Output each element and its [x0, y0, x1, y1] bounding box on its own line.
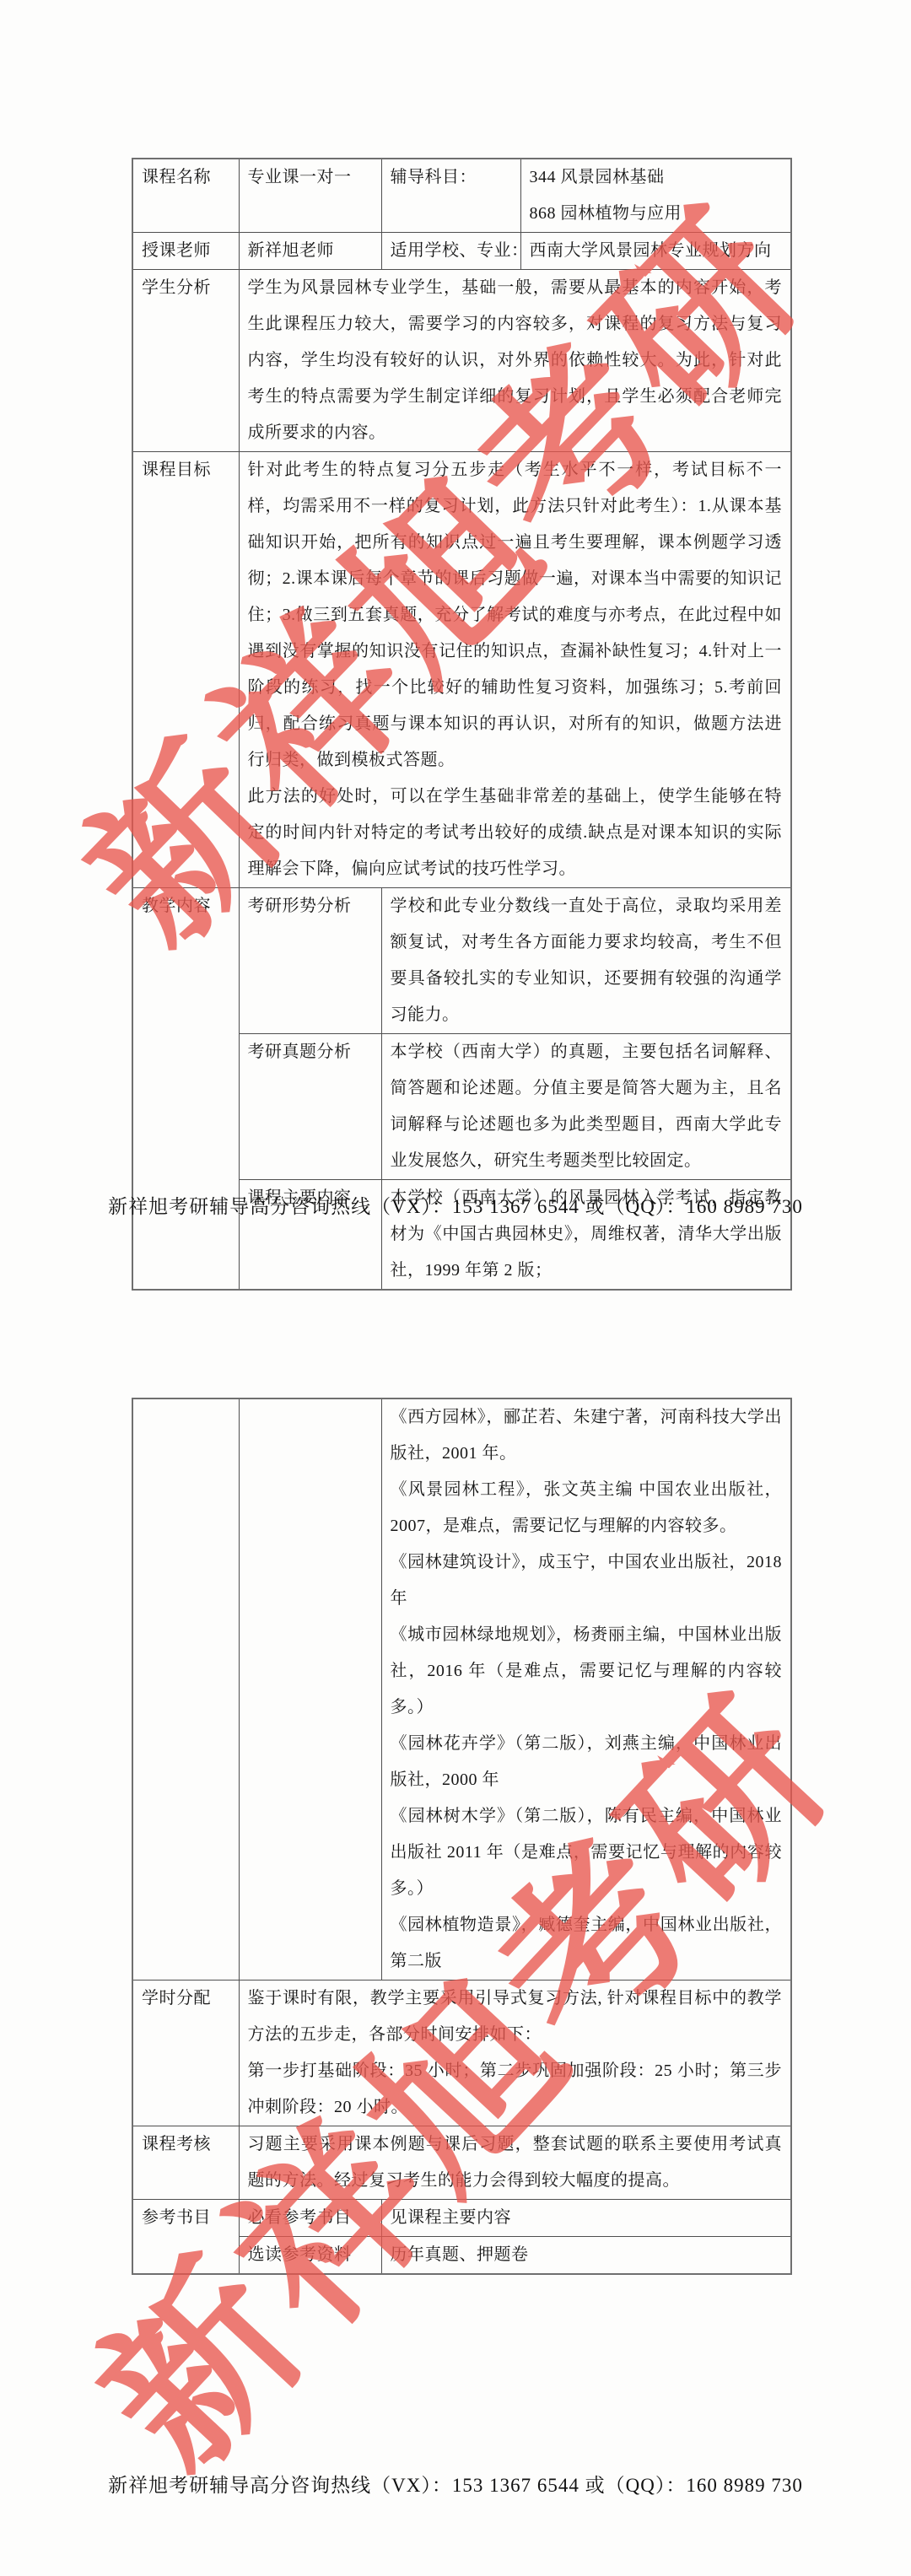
row-reference-must: 参考书目 必看参考书目 见课程主要内容 [132, 2200, 791, 2237]
teacher-label: 授课老师 [132, 233, 239, 270]
row-course-name: 课程名称 专业课一对一 辅导科目： 344 风景园林基础 868 园林植物与应用 [132, 159, 791, 233]
empty-cell [132, 1398, 239, 1981]
hours-allocation-label: 学时分配 [132, 1981, 239, 2126]
must-read-value: 见课程主要内容 [381, 2200, 791, 2237]
hours-allocation-text: 鉴于课时有限，教学主要采用引导式复习方法, 针对课程目标中的教学方法的五步走，各… [239, 1981, 791, 2126]
teacher-value: 新祥旭老师 [239, 233, 381, 270]
subject-value: 344 风景园林基础 868 园林植物与应用 [520, 159, 791, 233]
optional-read-value: 历年真题、押题卷 [381, 2237, 791, 2275]
subject-label: 辅导科目： [381, 159, 520, 233]
reference-list-label: 参考书目 [132, 2200, 239, 2275]
exam-situation-label: 考研形势分析 [239, 888, 381, 1034]
course-assessment-label: 课程考核 [132, 2126, 239, 2200]
course-name-label: 课程名称 [132, 159, 239, 233]
must-read-label: 必看参考书目 [239, 2200, 381, 2237]
course-plan-table-page1: 课程名称 专业课一对一 辅导科目： 344 风景园林基础 868 园林植物与应用… [132, 158, 792, 1291]
past-papers-text: 本学校（西南大学）的真题，主要包括名词解释、简答题和论述题。分值主要是简答大题为… [381, 1034, 791, 1180]
student-analysis-label: 学生分析 [132, 270, 239, 452]
teaching-content-label: 教学内容 [132, 888, 239, 1291]
consult-hotline-footer-page1: 新祥旭考研辅导高分咨询热线（VX）：153 1367 6544 或（QQ）：16… [0, 1191, 911, 1219]
exam-situation-text: 学校和此专业分数线一直处于高位，录取均采用差额复试，对考生各方面能力要求均较高，… [381, 888, 791, 1034]
optional-read-label: 选读参考资料 [239, 2237, 381, 2275]
school-value: 西南大学风景园林专业规划方向 [520, 233, 791, 270]
student-analysis-text: 学生为风景园林专业学生，基础一般，需要从最基本的内容开始，考生此课程压力较大，需… [239, 270, 791, 452]
course-plan-table-page2: 《西方园林》，郦芷若、朱建宁著，河南科技大学出版社，2001 年。 《风景园林工… [132, 1398, 792, 2275]
past-papers-label: 考研真题分析 [239, 1034, 381, 1180]
row-reference-books-continued: 《西方园林》，郦芷若、朱建宁著，河南科技大学出版社，2001 年。 《风景园林工… [132, 1398, 791, 1981]
reference-books-text: 《西方园林》，郦芷若、朱建宁著，河南科技大学出版社，2001 年。 《风景园林工… [381, 1398, 791, 1981]
course-goal-text: 针对此考生的特点复习分五步走（考生水平不一样，考试目标不一样，均需采用不一样的复… [239, 452, 791, 888]
course-name-value: 专业课一对一 [239, 159, 381, 233]
row-course-assessment: 课程考核 习题主要采用课本例题与课后习题，整套试题的联系主要使用考试真题的方法。… [132, 2126, 791, 2200]
row-hours-allocation: 学时分配 鉴于课时有限，教学主要采用引导式复习方法, 针对课程目标中的教学方法的… [132, 1981, 791, 2126]
row-teacher: 授课老师 新祥旭老师 适用学校、专业： 西南大学风景园林专业规划方向 [132, 233, 791, 270]
row-student-analysis: 学生分析 学生为风景园林专业学生，基础一般，需要从最基本的内容开始，考生此课程压… [132, 270, 791, 452]
consult-hotline-footer-page2: 新祥旭考研辅导高分咨询热线（VX）：153 1367 6544 或（QQ）：16… [0, 2470, 911, 2498]
empty-cell [239, 1398, 381, 1981]
row-teaching-content-1: 教学内容 考研形势分析 学校和此专业分数线一直处于高位，录取均采用差额复试，对考… [132, 888, 791, 1034]
course-goal-label: 课程目标 [132, 452, 239, 888]
row-course-goal: 课程目标 针对此考生的特点复习分五步走（考生水平不一样，考试目标不一样，均需采用… [132, 452, 791, 888]
course-assessment-text: 习题主要采用课本例题与课后习题，整套试题的联系主要使用考试真题的方法。经过复习考… [239, 2126, 791, 2200]
school-label: 适用学校、专业： [381, 233, 520, 270]
